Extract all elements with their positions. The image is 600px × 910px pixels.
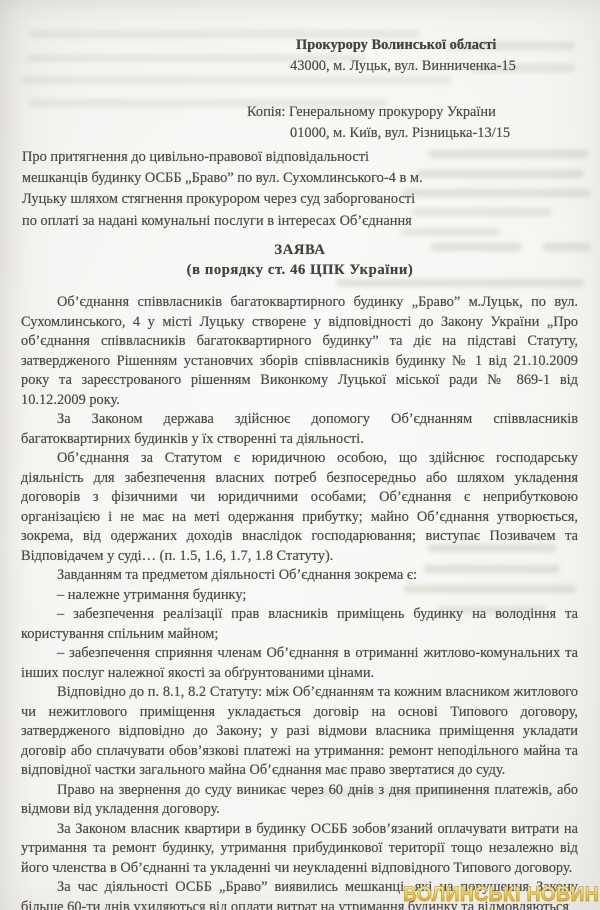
paragraph: Завданням та предметом діяльності Об’єдн…	[21, 566, 578, 586]
subject-line: Про притягнення до цивільно-правової від…	[22, 147, 452, 168]
list-item-dash: – забезпечення сприяння членам Об’єднанн…	[21, 644, 578, 683]
title-block: ЗАЯВА (в порядку ст. 46 ЦПК України)	[0, 241, 600, 280]
bleed-through-artifact	[428, 150, 588, 158]
list-item-dash: – забезпечення реалізації прав власників…	[21, 605, 578, 644]
paragraph: За Законом власник квартири в будинку ОС…	[21, 820, 578, 879]
subject-block: Про притягнення до цивільно-правової від…	[22, 147, 452, 232]
bleed-through-artifact	[336, 279, 584, 287]
copy-recipient-address: 01000, м. Київ, вул. Різницька-13/15	[290, 124, 510, 144]
body-text: Об’єднання співвласників багатоквартирно…	[21, 293, 578, 910]
scanned-letter-page: Прокурору Волинської області 43000, м. Л…	[0, 0, 600, 910]
doc-title: ЗАЯВА	[0, 241, 600, 261]
recipient-address: 43000, м. Луцьк, вул. Винниченка-15	[290, 57, 516, 77]
paragraph: За Законом держава здійснює допомогу Об’…	[21, 410, 578, 449]
news-watermark: ВОЛИНСЬКІ НОВИНИ	[403, 884, 600, 905]
doc-subtitle: (в порядку ст. 46 ЦПК України)	[0, 261, 600, 281]
subject-line: по оплаті за надані комунальні послуги в…	[22, 211, 452, 232]
bleed-through-artifact	[22, 76, 452, 84]
subject-line: мешканців будинку ОСББ „Браво” по вул. С…	[22, 168, 452, 189]
copy-recipient-line: Копія: Генеральному прокурору України	[247, 103, 496, 123]
paragraph: Об’єднання співвласників багатоквартирно…	[21, 293, 578, 410]
paragraph: Об’єднання за Статутом є юридичною особо…	[21, 449, 578, 566]
subject-line: Луцьку шляхом стягнення прокурором через…	[22, 189, 452, 210]
paragraph: Право на звернення до суду виникає через…	[21, 781, 578, 820]
recipient-name: Прокурору Волинської області	[296, 36, 496, 56]
list-item-dash: – належне утримання будинку;	[21, 586, 578, 606]
paragraph: Відповідно до п. 8.1, 8.2 Статуту: між О…	[21, 683, 578, 781]
